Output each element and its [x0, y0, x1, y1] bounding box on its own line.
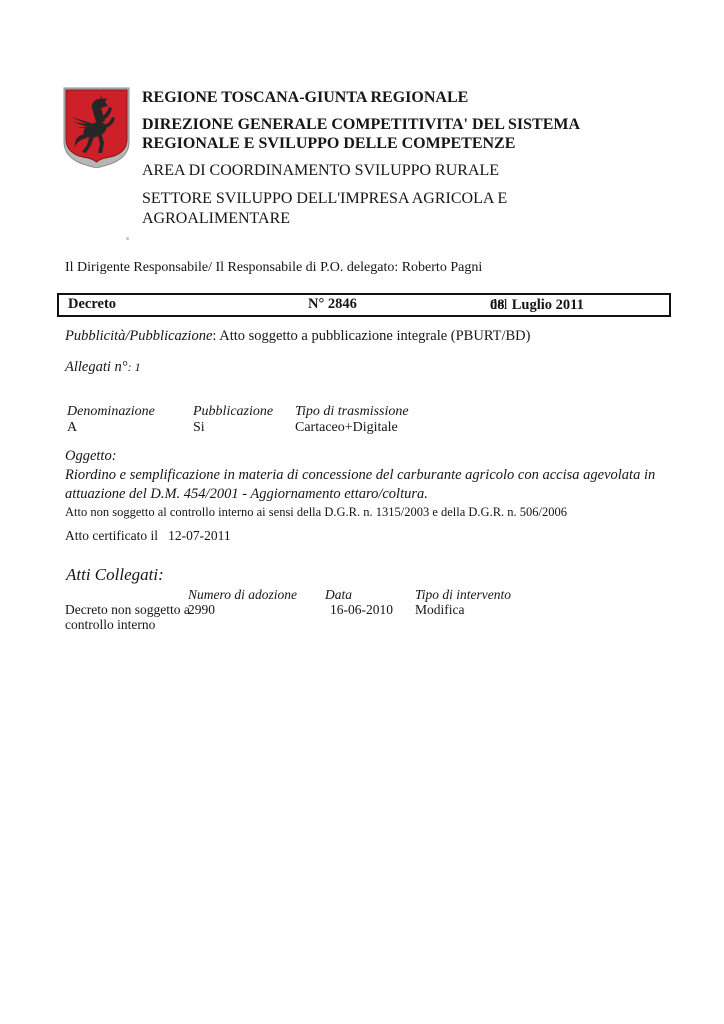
decreto-date-value: 08 Luglio 2011 [490, 297, 584, 314]
allegati-table-header-trasmissione: Tipo di trasmissione [295, 404, 409, 420]
document-page: REGIONE TOSCANA-GIUNTA REGIONALE DIREZIO… [0, 0, 724, 1024]
atti-table-cell-intervento: Modifica [415, 602, 465, 618]
oggetto-note: Atto non soggetto al controllo interno a… [65, 505, 567, 520]
allegati-table-header-pubblicazione: Pubblicazione [193, 404, 273, 420]
scan-artifact-dot [126, 237, 129, 240]
org-title-line2: DIREZIONE GENERALE COMPETITIVITA' DEL SI… [142, 115, 647, 153]
area-line: AREA DI COORDINAMENTO SVILUPPO RURALE [142, 161, 499, 180]
allegati-table-cell-pubblicazione: Si [193, 420, 205, 436]
tuscany-pegasus-crest-icon [63, 87, 130, 168]
certificato-line: Atto certificato il 12-07-2011 [65, 528, 231, 544]
decreto-number: N° 2846 [308, 296, 357, 313]
org-title-line1: REGIONE TOSCANA-GIUNTA REGIONALE [142, 88, 468, 107]
pubblicazione-line: Pubblicità/Pubblicazione: Atto soggetto … [65, 328, 530, 345]
oggetto-text: Riordino e semplificazione in materia di… [65, 466, 667, 503]
atti-table-cell-numero: 2990 [188, 602, 215, 618]
pubblicazione-value: : Atto soggetto a pubblicazione integral… [212, 328, 530, 344]
decreto-label: Decreto [68, 296, 116, 313]
decreto-header-bar: Decreto N° 2846 del 08 Luglio 2011 [57, 293, 671, 317]
atti-table-header-numero: Numero di adozione [188, 587, 297, 603]
atti-table-header-intervento: Tipo di intervento [415, 587, 511, 603]
atti-collegati-title: Atti Collegati: [66, 565, 164, 585]
responsabile-line: Il Dirigente Responsabile/ Il Responsabi… [65, 260, 482, 276]
allegati-value: : 1 [128, 360, 141, 374]
allegati-table-cell-trasmissione: Cartaceo+Digitale [295, 420, 398, 436]
pubblicazione-label: Pubblicità/Pubblicazione [65, 328, 212, 344]
oggetto-label: Oggetto: [65, 448, 117, 465]
allegati-table-header-denominazione: Denominazione [67, 404, 155, 420]
allegati-label: Allegati n° [65, 359, 128, 375]
atti-table-header-data: Data [325, 587, 352, 603]
atti-table-cell-data: 16-06-2010 [330, 602, 393, 618]
allegati-line: Allegati n°: 1 [65, 359, 141, 376]
allegati-table-cell-denominazione: A [67, 420, 77, 436]
settore-line: SETTORE SVILUPPO DELL'IMPRESA AGRICOLA E… [142, 189, 572, 229]
